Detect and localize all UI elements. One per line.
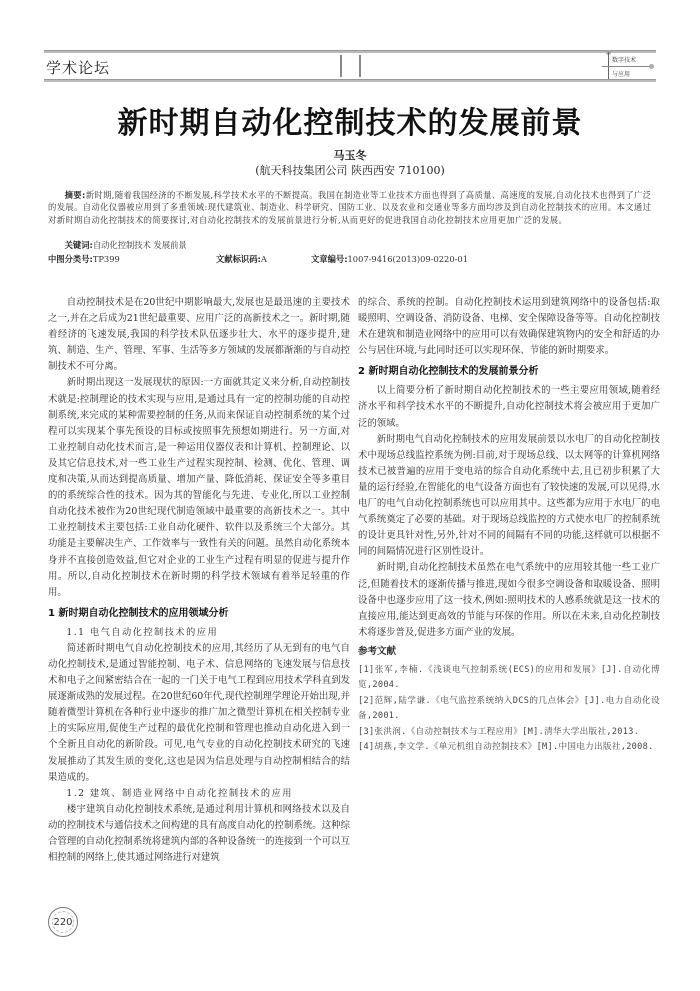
paragraph: 新时期出现这一发展现状的原因:一方面就其定义来分析,自动控制技术就是:控制理论的…	[48, 375, 350, 600]
doc-code-label: 文献标识码:	[216, 254, 261, 264]
paragraph: 自动控制技术是在20世纪中期影响最大,发展也是最迅速的主要技术之一,并在之后成为…	[48, 295, 350, 375]
keywords-label: 关键词:	[65, 240, 93, 250]
article-no-field: 文章编号:1007-9416(2013)09-0220-01	[311, 253, 468, 265]
left-column: 自动控制技术是在20世纪中期影响最大,发展也是最迅速的主要技术之一,并在之后成为…	[48, 295, 350, 866]
article-title: 新时期自动化控制技术的发展前景	[0, 98, 700, 142]
header-rule-bottom	[44, 79, 656, 82]
keywords: 关键词:自动化控制技术 发展前景	[48, 239, 187, 251]
doc-code-field: 文献标识码:A	[216, 253, 267, 265]
doc-code-value: A	[261, 254, 267, 264]
author-affiliation: (航天科技集团公司 陕西西安 710100)	[0, 162, 700, 178]
journal-header: 学术论坛 数字技术 与应用	[44, 50, 656, 82]
header-rule-top	[44, 50, 656, 53]
reference-item: [4]胡燕,李文学.《单元机组自动控制技术》[M].中国电力出版社,2008.	[358, 740, 660, 756]
keywords-text: 自动化控制技术 发展前景	[93, 240, 187, 250]
section-heading-1: 1 新时期自动化控制技术的应用领域分析	[48, 606, 350, 622]
paragraph: 简述新时期电气自动化控制技术的应用,其经历了从无到有的电气自动化控制技术,是通过…	[48, 641, 350, 786]
reference-item: [3]张洪润.《自动控制技术与工程应用》[M].清华大学出版社,2013.	[358, 725, 660, 741]
clc-field: 中图分类号:TP399	[48, 253, 120, 265]
paragraph: 新时期电气自动化控制技术的应用发展前景以水电厂的自动化控制技术中现场总线监控系统…	[358, 432, 660, 561]
article-no-value: 1007-9416(2013)09-0220-01	[348, 254, 468, 264]
logo-text-line1: 数字技术	[612, 55, 636, 64]
subsection-heading-1-2: 1.2 建筑、制造业网络中自动化控制技术的应用	[48, 786, 350, 802]
section-label: 学术论坛	[46, 57, 110, 78]
author-name: 马玉冬	[0, 147, 700, 163]
page-number: 220	[49, 917, 77, 928]
abstract: 摘要:新时期,随着我国经济的不断发展,科学技术水平的不断提高。我国在制造业等工业…	[48, 189, 656, 226]
header-divider	[340, 55, 342, 77]
paragraph-continued: 的综合、系统的控制。自动化控制技术运用到建筑网络中的设备包括:取暖照明、空调设备…	[358, 295, 660, 359]
subsection-heading-1-1: 1.1 电气自动化控制技术的应用	[48, 625, 350, 641]
paragraph: 楼宇建筑自动化控制技术系统,是通过利用计算机和网络技术以及自动的控制技术与通信技…	[48, 802, 350, 866]
paragraph: 新时期,自动化控制技术虽然在电气系统中的应用较其他一些工业广泛,但随着技术的逐渐…	[358, 560, 660, 640]
page-number-badge: 220	[48, 907, 78, 937]
clc-label: 中图分类号:	[48, 254, 93, 264]
abstract-text: 新时期,随着我国经济的不断发展,科学技术水平的不断提高。我国在制造业等工业技术方…	[48, 190, 651, 225]
right-column: 的综合、系统的控制。自动化控制技术运用到建筑网络中的设备包括:取暖照明、空调设备…	[358, 295, 660, 756]
logo-text-line2: 与应用	[612, 69, 630, 78]
logo-line-icon	[602, 66, 652, 67]
abstract-label: 摘要:	[65, 190, 86, 200]
logo-dot-icon	[649, 64, 654, 69]
reference-item: [1]张军,李楠.《浅谈电气控制系统(ECS)的应用和发展》[J].自动化博览,…	[358, 663, 660, 694]
reference-item: [2]范辉,陆学谦.《电气监控系统纳入DCS的几点体会》[J].电力自动化设备,…	[358, 694, 660, 725]
section-heading-2: 2 新时期自动化控制技术的发展前景分析	[358, 364, 660, 380]
header-divider	[359, 55, 361, 77]
clc-value: TP399	[93, 254, 120, 264]
journal-logo: 数字技术 与应用	[598, 52, 654, 80]
article-no-label: 文章编号:	[311, 254, 348, 264]
paragraph: 以上简要分析了新时期自动化控制技术的一些主要应用领域,随着经济水平和科学技术水平…	[358, 383, 660, 431]
references-heading: 参考文献	[358, 644, 660, 660]
